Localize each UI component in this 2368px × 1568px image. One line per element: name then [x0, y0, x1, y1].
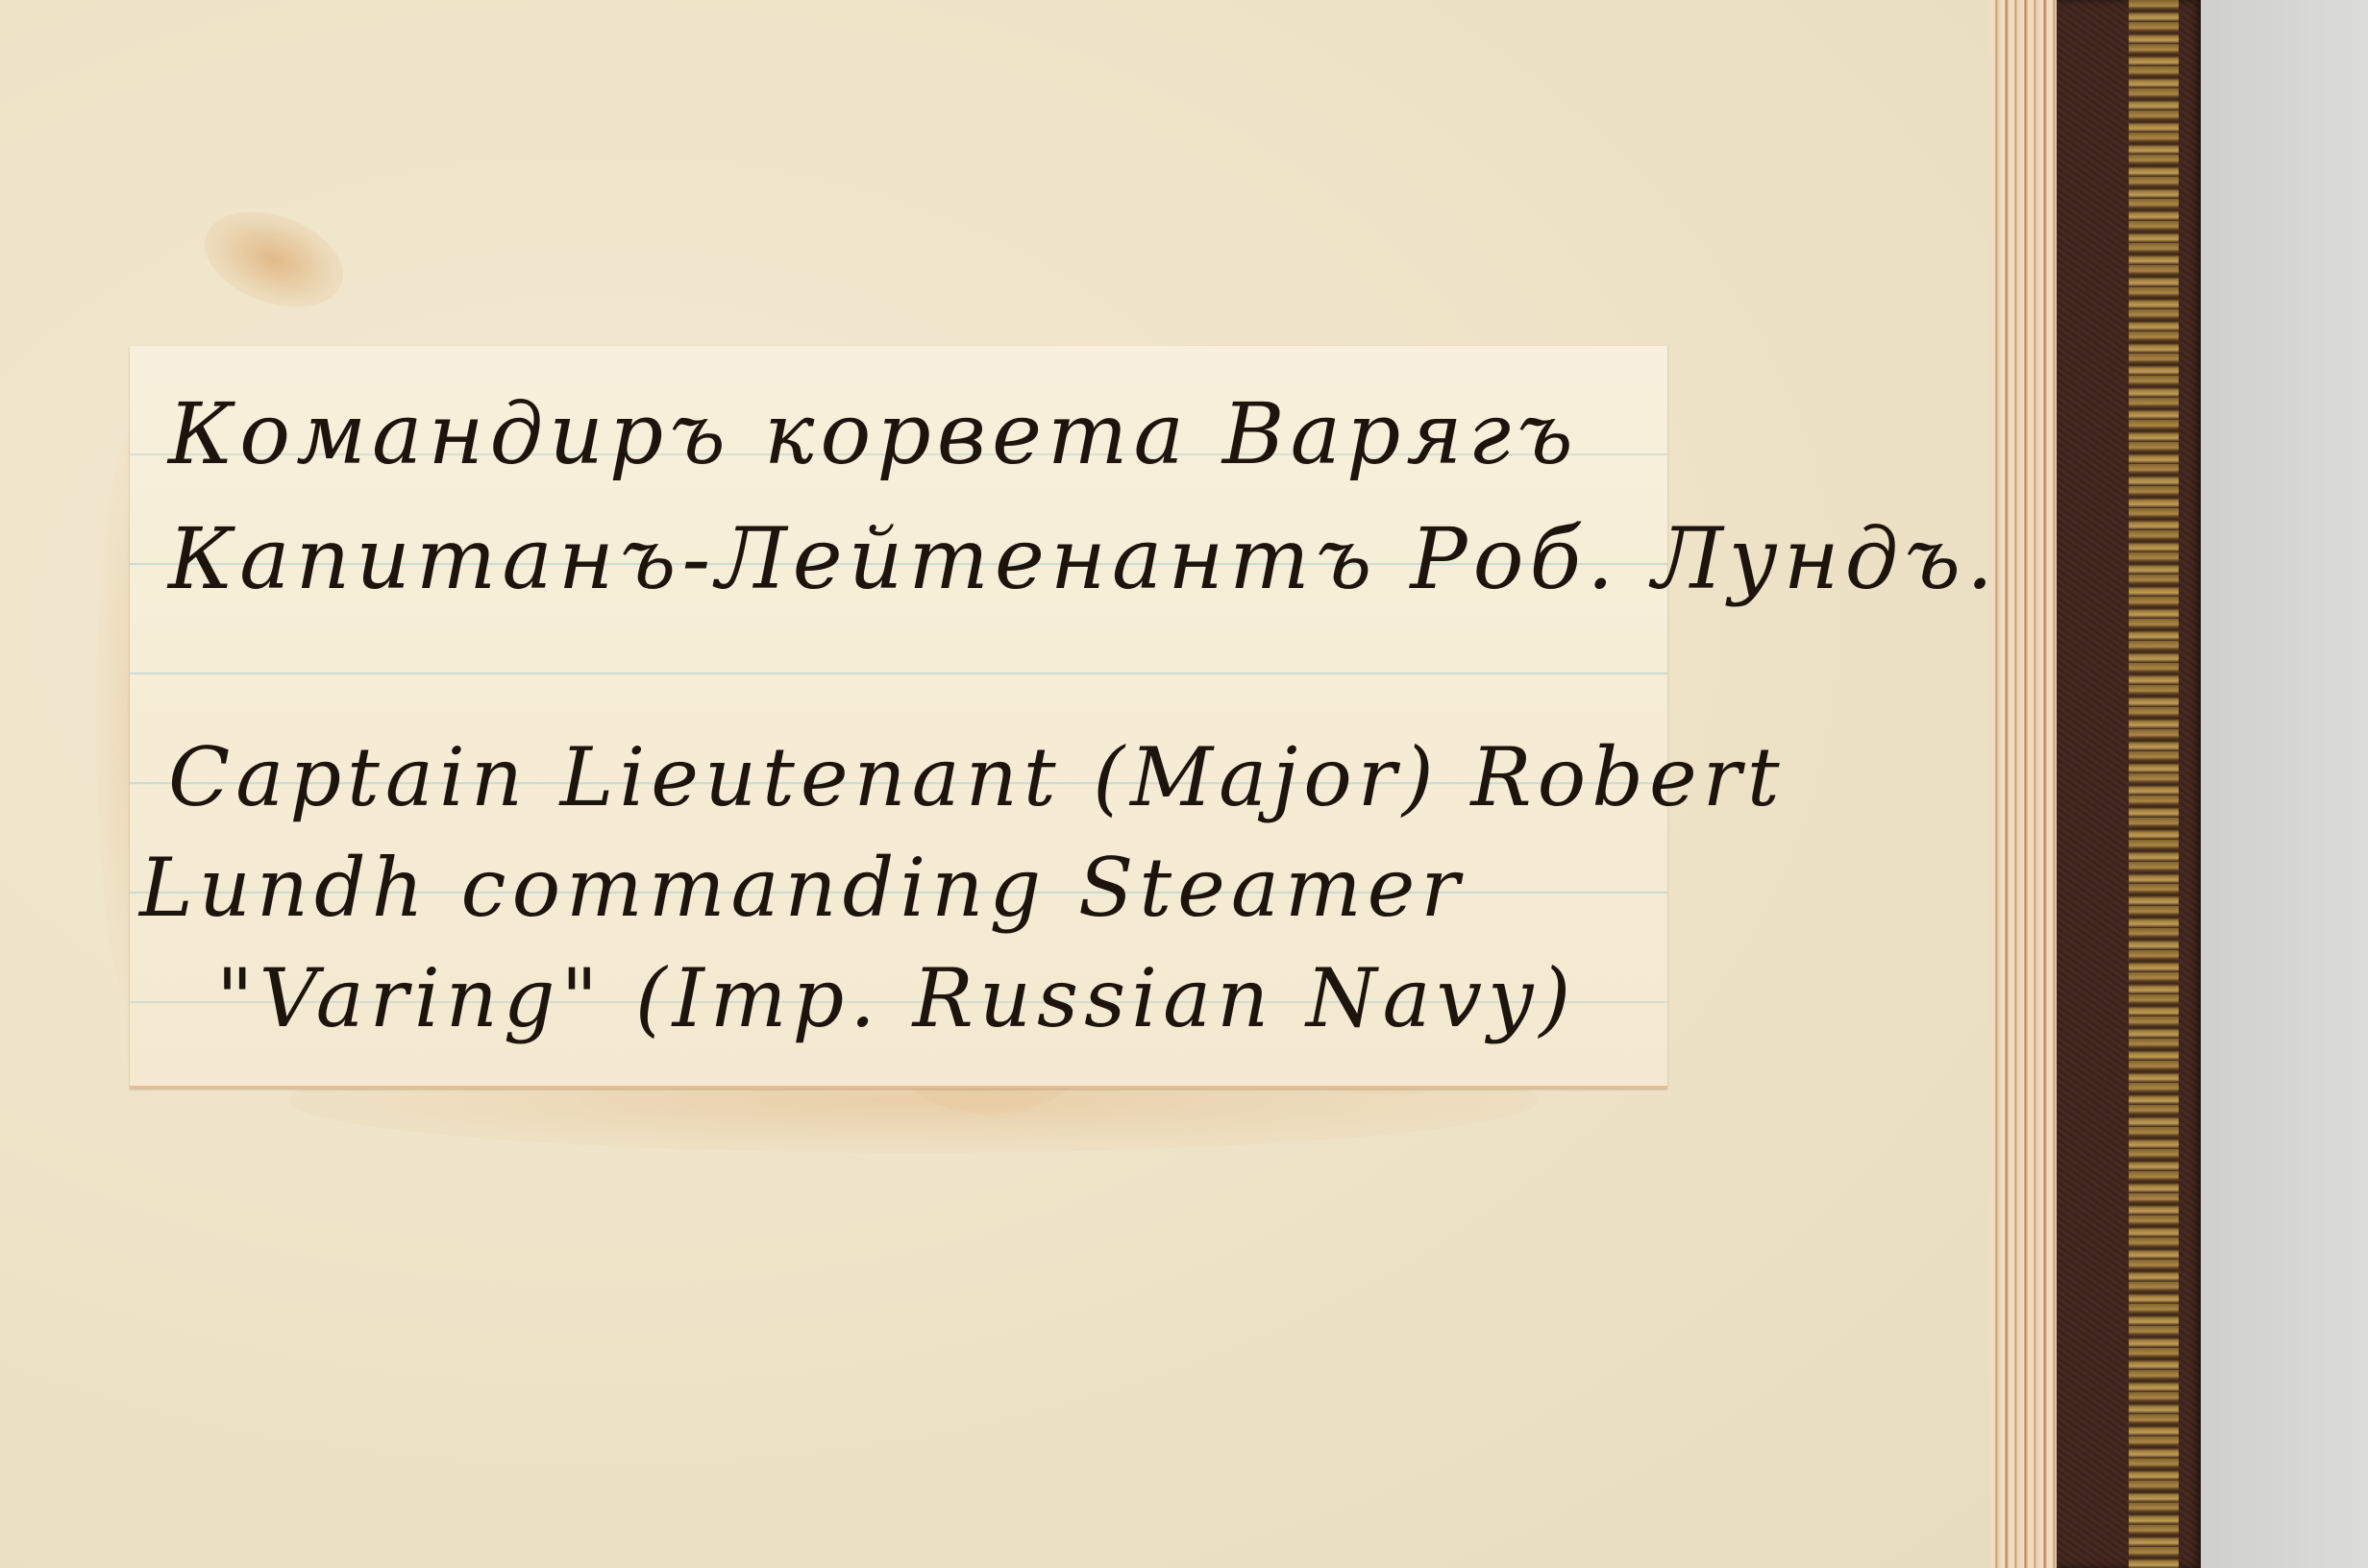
- page-edges: [1989, 0, 2066, 1568]
- autograph-slip: Командиръ корвета Варягъ Капитанъ-Лейтен…: [130, 346, 1667, 1089]
- english-line-2: Lundh commanding Steamer: [139, 841, 1465, 935]
- gilt-border-ornament: [2129, 0, 2179, 1568]
- english-line-1: Captain Lieutenant (Major) Robert: [168, 730, 1786, 824]
- russian-line-1: Командиръ корвета Варягъ: [168, 384, 1579, 483]
- album-page: Командиръ корвета Варягъ Капитанъ-Лейтен…: [0, 0, 1989, 1568]
- english-line-3: "Varing" (Imp. Russian Navy): [216, 951, 1576, 1045]
- stain-top-left: [191, 194, 357, 325]
- russian-line-2: Капитанъ-Лейтенантъ Роб. Лундъ.: [168, 509, 1999, 608]
- background-surface: [2201, 0, 2368, 1568]
